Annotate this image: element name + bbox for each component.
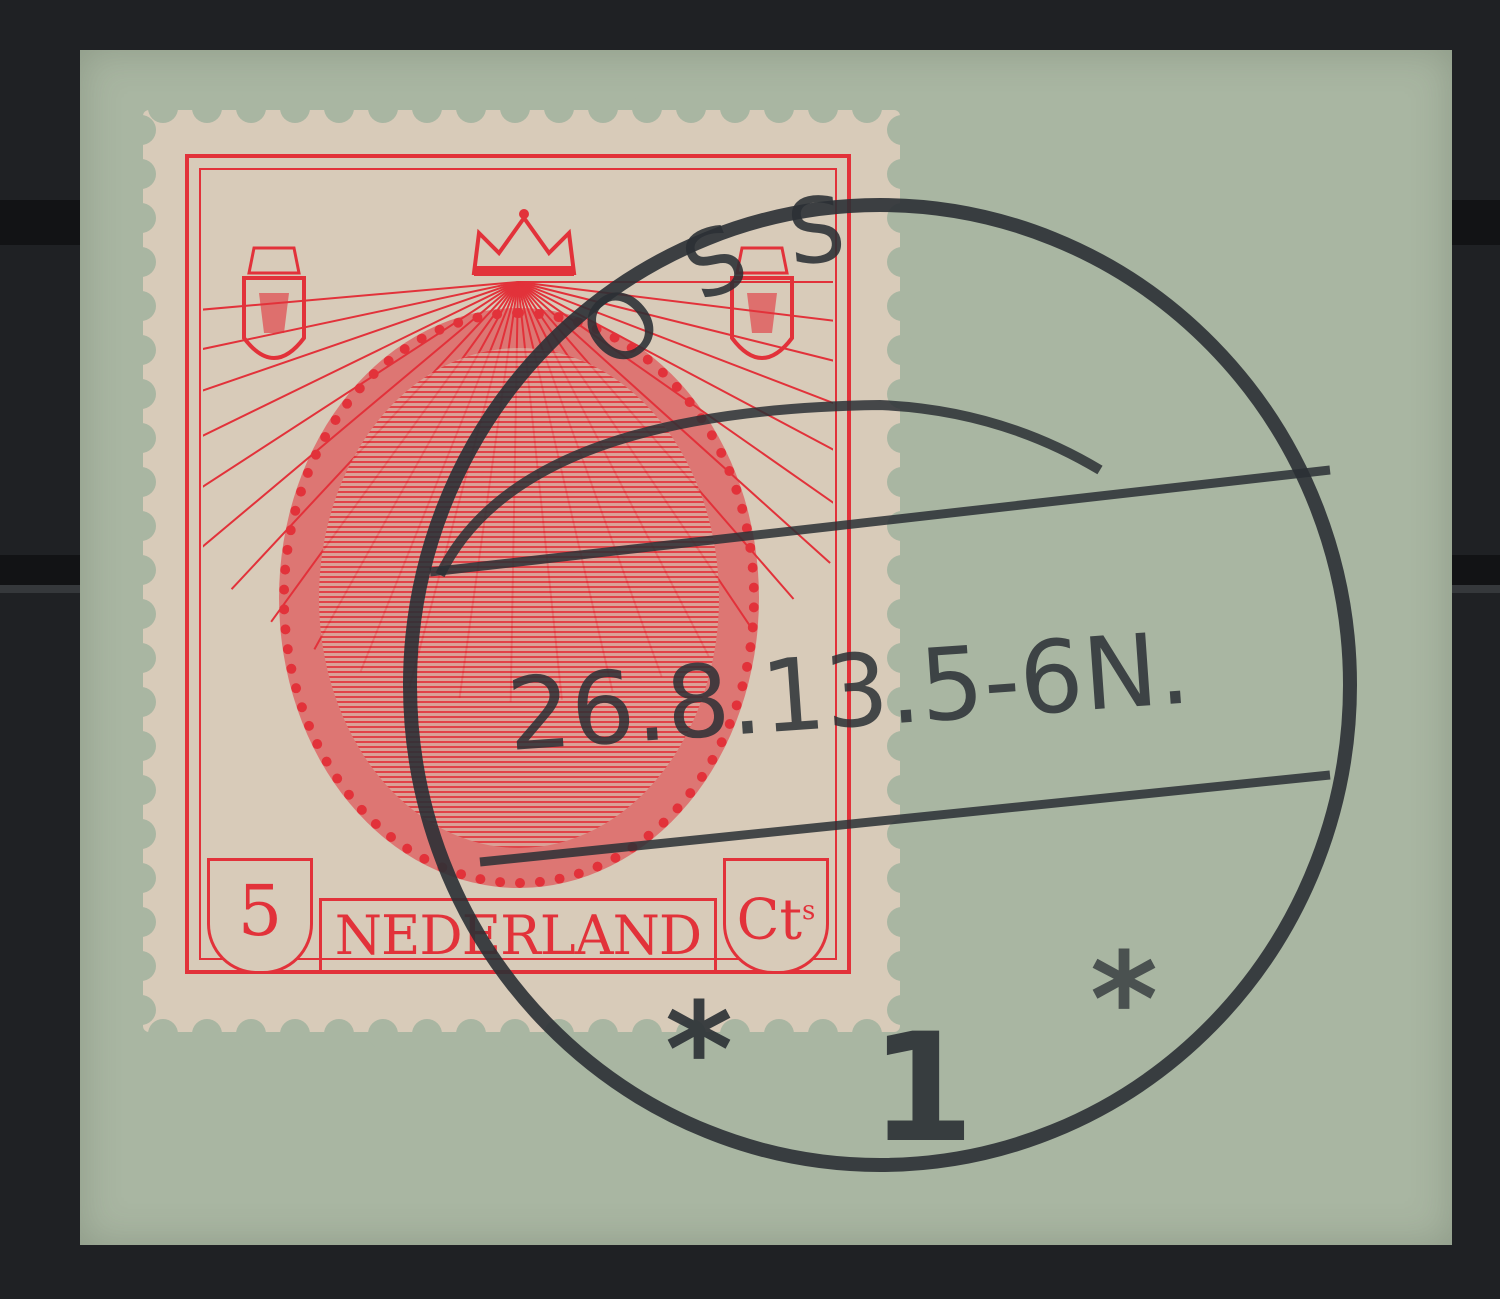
postmark-office-number: 1 <box>870 1002 974 1176</box>
postmark-star-right: * <box>1090 924 1158 1076</box>
postmark-inner-arc-top <box>440 405 1100 575</box>
postmark-bar-top <box>430 470 1330 572</box>
postmark-date: 26.8.13.5-6N. <box>504 610 1194 774</box>
postmark-bar-bottom <box>480 775 1330 862</box>
postmark: OSS 26.8.13.5-6N. * 1 * <box>0 0 1500 1299</box>
postmark-star-left: * <box>665 974 733 1126</box>
postmark-town: OSS <box>561 173 890 391</box>
